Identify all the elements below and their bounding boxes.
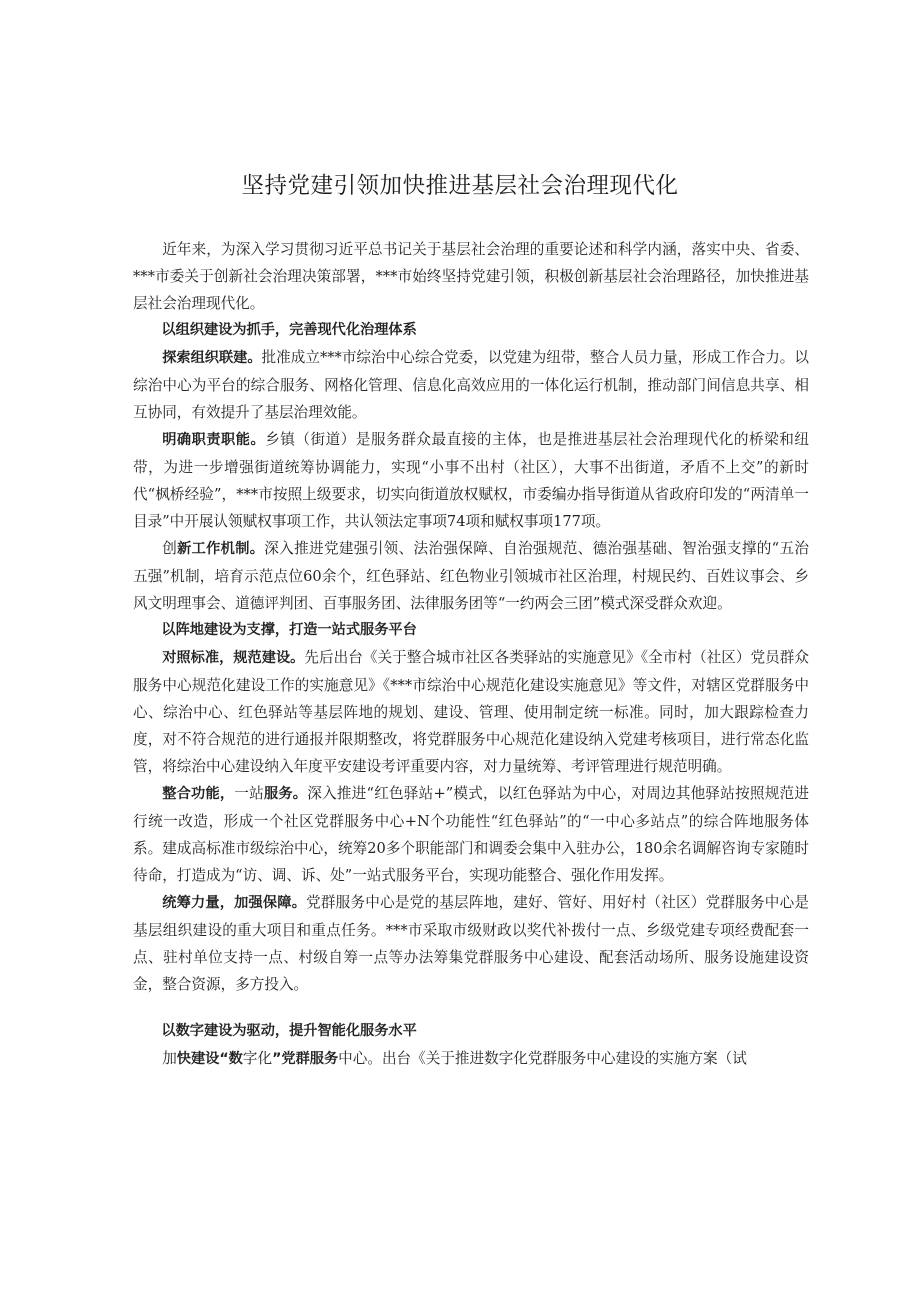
paragraph-3-1: 加快建设“数字化”党群服务中心。出台《关于推进数字化党群服务中心建设的实施方案（… — [133, 1045, 809, 1073]
paragraph-2-3: 统筹力量，加强保障。党群服务中心是党的基层阵地，建好、管好、用好村（社区）党群服… — [133, 889, 809, 998]
paragraph-text: 先后出台《关于整合城市社区各类驿站的实施意见》《全市村（社区）党员群众服务中心规… — [133, 649, 809, 775]
lead-bold: 对照标准，规范建设。 — [162, 650, 304, 666]
lead-bold: 统筹力量，加强保障。 — [162, 895, 306, 911]
paragraph-gap — [133, 998, 809, 1018]
section-heading-1: 以组织建设为抓手，完善现代化治理体系 — [133, 317, 809, 344]
text-plain: 中心。出台《关于推进数字化党群服务中心建设的实施方案（试 — [338, 1050, 747, 1067]
text-bold: ”党群服务 — [272, 1051, 338, 1067]
lead-bold: 探索组织联建。 — [162, 350, 261, 366]
text-bold: 快建设“数 — [177, 1051, 243, 1067]
lead-plain: 一站 — [234, 785, 264, 802]
text-plain: 字化 — [243, 1050, 272, 1067]
intro-paragraph: 近年来，为深入学习贯彻习近平总书记关于基层社会治理的重要论述和科学内涵，落实中央… — [133, 236, 809, 317]
section-heading-2: 以阵地建设为支撑，打造一站式服务平台 — [133, 617, 809, 644]
paragraph-2-2: 整合功能，一站服务。深入推进“红色驿站+”模式，以红色驿站为中心，对周边其他驿站… — [133, 780, 809, 889]
lead-bold: 新工作机制。 — [177, 541, 264, 557]
paragraph-1-1: 探索组织联建。批准成立***市综治中心综合党委，以党建为纽带，整合人员力量，形成… — [133, 344, 809, 426]
document-page: 坚持党建引领加快推进基层社会治理现代化 近年来，为深入学习贯彻习近平总书记关于基… — [0, 0, 920, 1301]
lead-bold: 整合功能， — [162, 786, 234, 802]
text-plain: 加 — [162, 1050, 177, 1067]
document-body: 近年来，为深入学习贯彻习近平总书记关于基层社会治理的重要论述和科学内涵，落实中央… — [133, 236, 809, 1073]
paragraph-1-2: 明确职责职能。乡镇（街道）是服务群众最直接的主体，也是推进基层社会治理现代化的桥… — [133, 426, 809, 535]
document-title: 坚持党建引领加快推进基层社会治理现代化 — [0, 168, 920, 200]
paragraph-1-3: 创新工作机制。深入推进党建强引领、法治强保障、自治强规范、德治强基础、智治强支撑… — [133, 535, 809, 617]
paragraph-2-1: 对照标准，规范建设。先后出台《关于整合城市社区各类驿站的实施意见》《全市村（社区… — [133, 644, 809, 780]
lead-bold-2: 服务。 — [264, 786, 307, 802]
lead-bold: 明确职责职能。 — [162, 432, 265, 448]
section-heading-3: 以数字建设为驱动，提升智能化服务水平 — [133, 1018, 809, 1045]
lead-plain: 创 — [162, 540, 177, 557]
